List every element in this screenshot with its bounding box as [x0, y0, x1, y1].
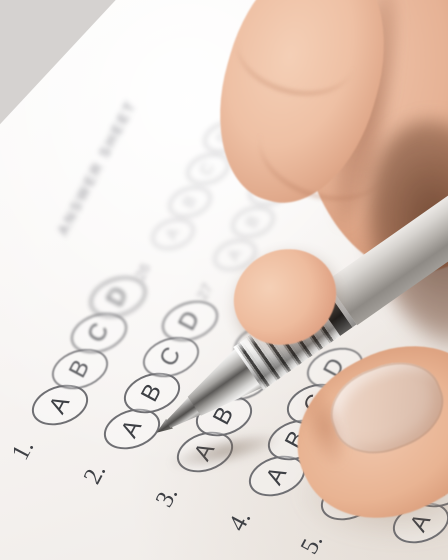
bubble-letter: D — [176, 307, 205, 334]
bubble-letter: C — [84, 320, 113, 347]
bubble-letter: B — [65, 357, 94, 382]
photo-hand-filling-answer-sheet: ANSWER SHEET 1.ABCD2.ABCD3.ABCD4.ABCD5.A… — [0, 0, 448, 560]
bubble-letter: A — [46, 393, 75, 418]
bubble-letter: B — [181, 193, 200, 210]
bubble-letter: A — [118, 416, 147, 441]
question-number-3: 3. — [152, 483, 183, 511]
question-number-2: 2. — [80, 459, 111, 487]
bubble-q27-B: B — [227, 201, 278, 243]
question-number-4: 4. — [224, 507, 255, 535]
bubble-letter: A — [163, 226, 182, 243]
bubble-letter: A — [262, 463, 291, 488]
bubble-letter: B — [243, 214, 262, 231]
question-number-5: 5. — [296, 530, 327, 558]
bubble-letter: C — [198, 160, 218, 178]
bubble-letter: B — [137, 380, 166, 405]
bubble-q26-A: A — [147, 213, 198, 255]
bubble-q26-B: B — [165, 181, 216, 223]
question-number-1: 1. — [8, 436, 39, 464]
bubble-letter: C — [156, 343, 185, 370]
sheet-title: ANSWER SHEET — [54, 97, 140, 238]
bubble-letter: A — [226, 246, 245, 263]
bubble-letter: D — [103, 284, 132, 311]
